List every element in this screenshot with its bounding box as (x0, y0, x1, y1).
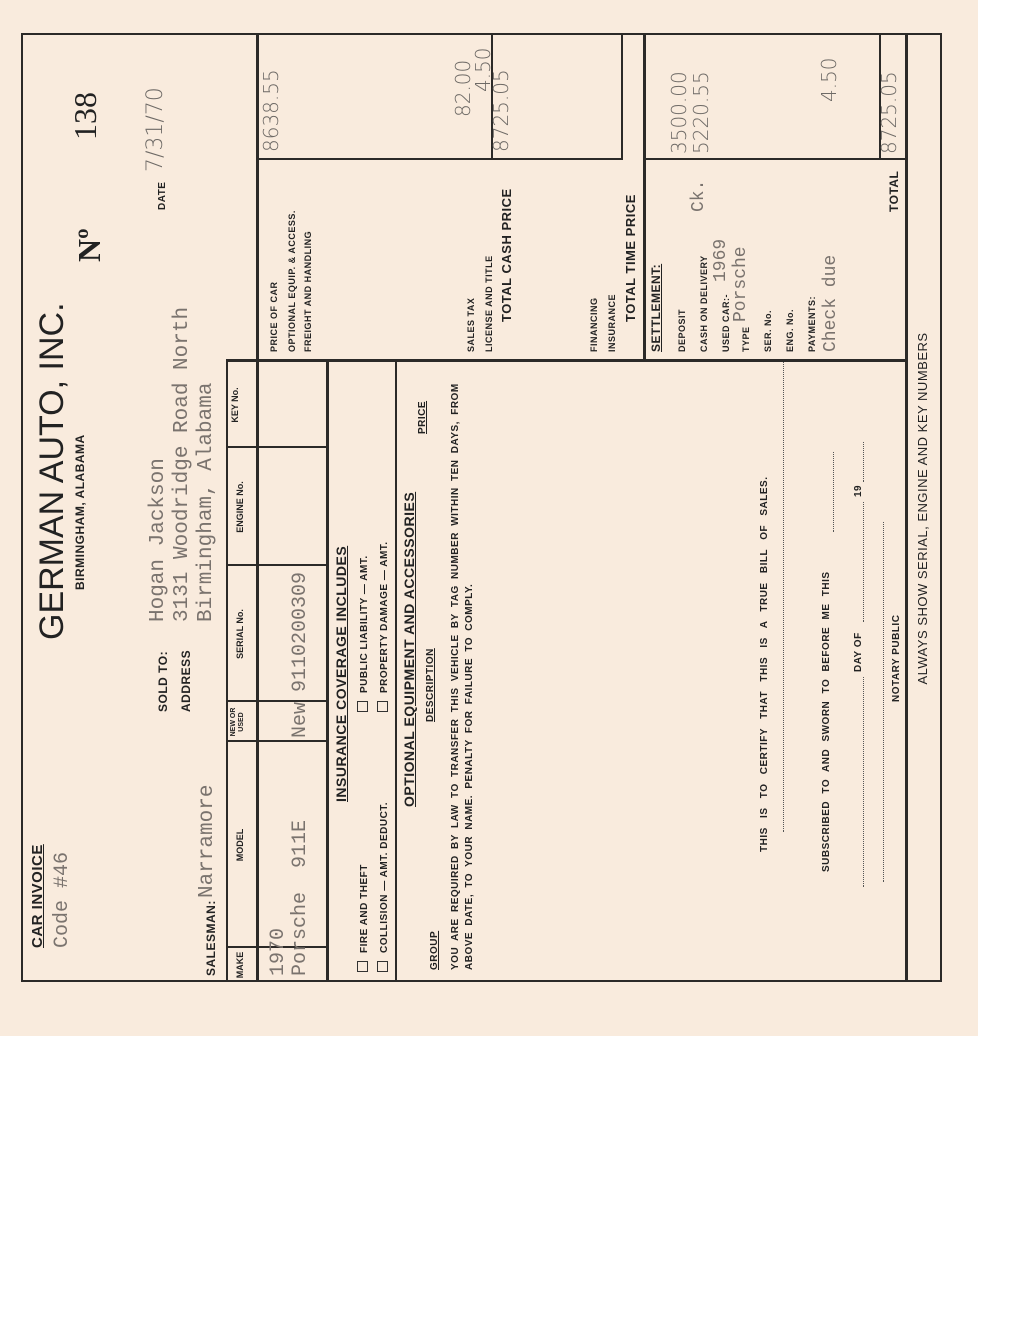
payments-label: PAYMENTS: (807, 296, 817, 352)
form-title: CAR INVOICE (29, 844, 46, 948)
checkbox-icon[interactable] (377, 961, 388, 972)
company-name: GERMAN AUTO, INC. (33, 302, 72, 640)
address-label: ADDRESS (179, 650, 193, 712)
col-key: KEY No. (230, 362, 240, 448)
total-label: TOTAL (887, 171, 901, 212)
col-description: DESCRIPTION (425, 648, 436, 722)
deposit-label: DEPOSIT (677, 309, 687, 352)
cod-value: 5220.55 (689, 71, 713, 154)
salesman-value: Narramore (196, 785, 219, 898)
freight-label: FREIGHT AND HANDLING (303, 231, 313, 352)
make-value: Porsche (289, 892, 312, 976)
invoice-number: 138 (67, 92, 104, 140)
date-label: DATE (157, 182, 168, 210)
col-price: PRICE (417, 401, 428, 434)
price-of-car-value: 8638.55 (259, 69, 283, 152)
optional-equipment-title: OPTIONAL EQUIPMENT AND ACCESSORIES (401, 492, 417, 807)
sold-to-label: SOLD TO: (156, 651, 170, 712)
insurance-fire-theft[interactable]: FIRE AND THEFT (357, 864, 370, 972)
date-value: 7/31/70 (143, 87, 168, 172)
used-car-year: 1969 (711, 239, 731, 282)
number-label: Nº (71, 228, 108, 262)
checkbox-icon[interactable] (377, 701, 388, 712)
company-city: BIRMINGHAM, ALABAMA (73, 434, 87, 590)
code-value: Code #46 (51, 852, 74, 948)
serial-value: 9110200309 (289, 572, 312, 692)
payments-note: Check due (821, 255, 841, 352)
insurance-title: INSURANCE COVERAGE INCLUDES (333, 546, 349, 802)
insurance-property-damage[interactable]: PROPERTY DAMAGE — AMT. (377, 541, 390, 712)
col-make: MAKE (235, 948, 245, 982)
insurance-label: INSURANCE (607, 294, 617, 352)
used-car-label: USED CAR:- (721, 294, 731, 352)
insurance-public-liability[interactable]: PUBLIC LIABILITY — AMT. (357, 555, 370, 712)
price-of-car-label: PRICE OF CAR (269, 281, 279, 352)
col-model: MODEL (235, 742, 245, 948)
sold-to-value: Hogan Jackson (147, 458, 170, 622)
financing-label: FINANCING (589, 298, 599, 353)
deposit-value: 3500.00 (667, 71, 691, 154)
ser-no-label: SER. No. (763, 310, 773, 352)
payments-value: 4.50 (817, 57, 841, 102)
type-value: Porsche (731, 246, 751, 322)
col-new-or-used: NEW OR USED (230, 702, 246, 742)
total-time-label: TOTAL TIME PRICE (623, 194, 638, 322)
col-engine: ENGINE No. (235, 448, 245, 566)
day-of-text: DAY OF (853, 632, 864, 672)
footer-notice: ALWAYS SHOW SERIAL, ENGINE AND KEY NUMBE… (915, 35, 930, 982)
total-cash-value: 8725.05 (489, 69, 513, 152)
salesman-label: SALESMAN: (204, 900, 218, 976)
optional-equip-label: OPTIONAL EQUIP. & ACCESS. (287, 210, 297, 352)
address-line1: 3131 Woodridge Road North (171, 307, 194, 622)
cod-label: CASH ON DELIVERY (699, 255, 709, 352)
signature-line[interactable] (783, 362, 784, 832)
license-title-label: LICENSE AND TITLE (484, 255, 494, 352)
total-cash-label: TOTAL CASH PRICE (499, 188, 514, 322)
address-line2: Birmingham, Alabama (195, 383, 218, 622)
settlement-title: SETTLEMENT: (649, 264, 663, 352)
cod-note: Ck. (689, 180, 709, 212)
certify-text: THIS IS TO CERTIFY THAT THIS IS A TRUE B… (759, 477, 770, 852)
year-prefix: 19 (853, 485, 864, 497)
type-label: TYPE (741, 326, 751, 352)
col-serial: SERIAL No. (235, 566, 245, 702)
tag-transfer-notice: YOU ARE REQUIRED BY LAW TO TRANSFER THIS… (449, 370, 477, 970)
checkbox-icon[interactable] (357, 961, 368, 972)
new-or-used-value: New (289, 702, 312, 738)
notary-public-label: NOTARY PUBLIC (891, 615, 902, 702)
sales-tax-label: SALES TAX (466, 298, 476, 352)
car-invoice-form: CAR INVOICE Code #46 GERMAN AUTO, INC. B… (21, 35, 940, 982)
insurance-collision[interactable]: COLLISION — AMT. DEDUCT. (377, 802, 390, 972)
col-group: GROUP (429, 931, 440, 970)
model-value: 911E (289, 820, 312, 868)
make-year: 1970 (267, 928, 290, 976)
eng-no-label: ENG. No. (785, 309, 795, 352)
subscribed-text: SUBSCRIBED TO AND SWORN TO BEFORE ME THI… (821, 571, 832, 872)
total-value: 8725.05 (877, 71, 901, 154)
checkbox-icon[interactable] (357, 701, 368, 712)
